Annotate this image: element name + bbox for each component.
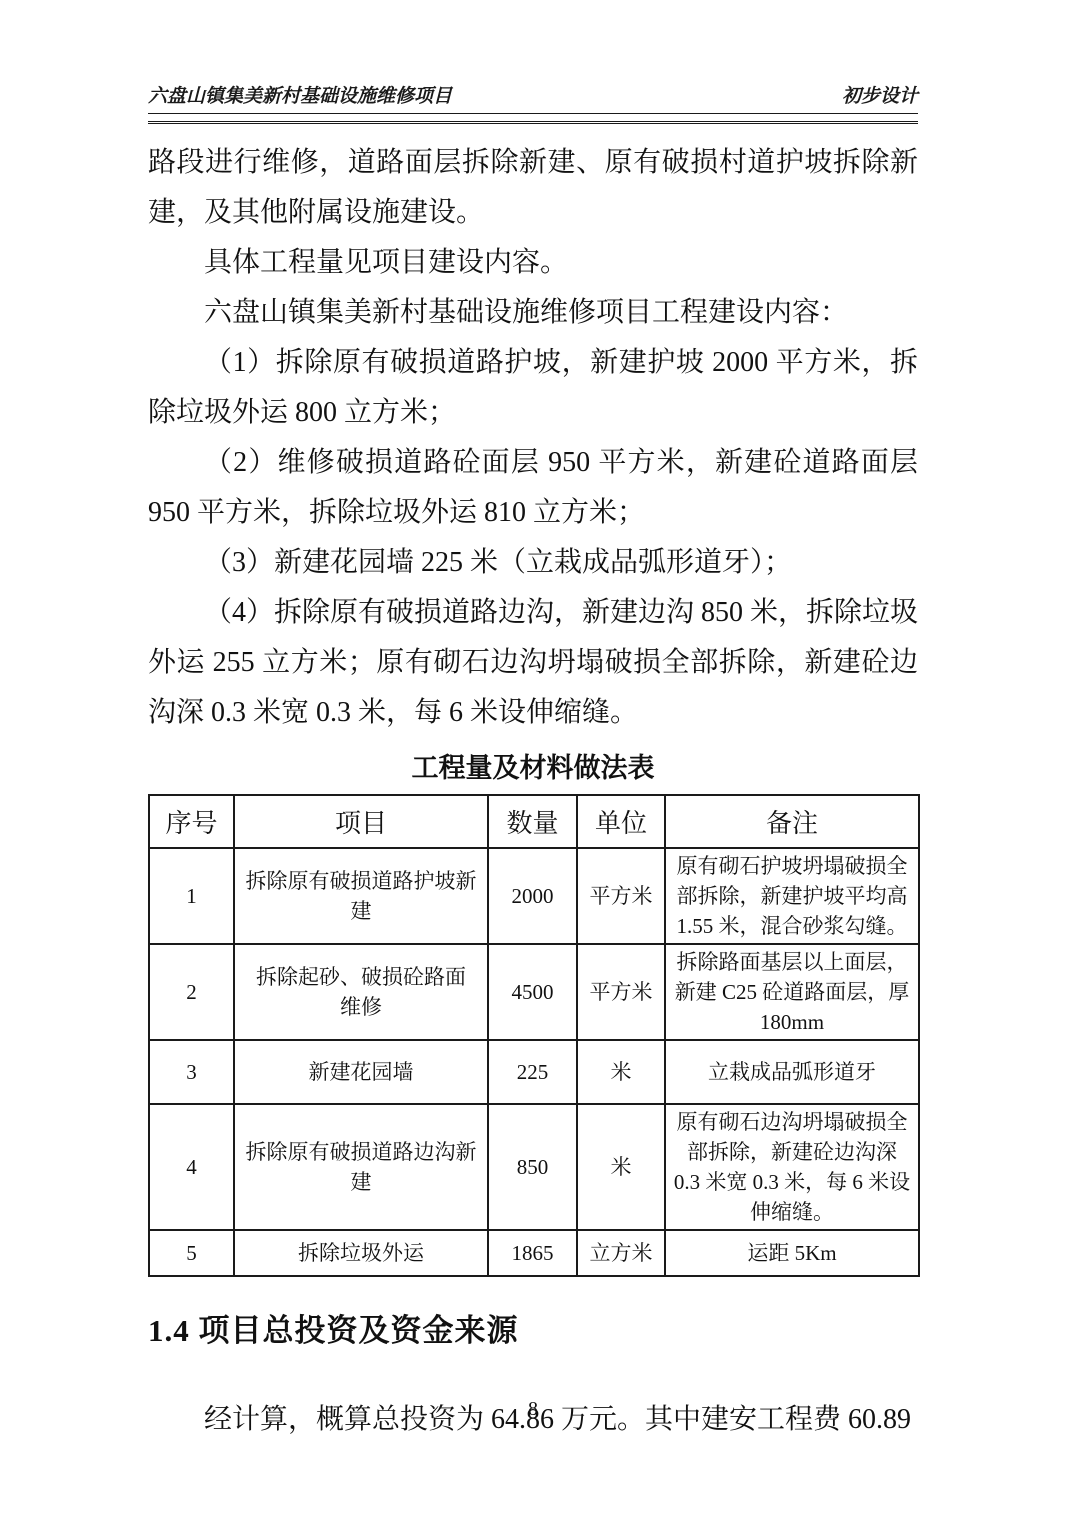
header-divider-rule <box>148 113 918 124</box>
table-row-2: 2 拆除起砂、破损砼路面 维修 4500 平方米 拆除路面基层以上面层，新建 C… <box>149 944 919 1040</box>
paragraph-continued: 路段进行维修，道路面层拆除新建、原有破损村道护坡拆除新建，及其他附属设施建设。 <box>148 138 918 238</box>
table-row-1: 1 拆除原有破损道路护坡新建 2000 平方米 原有砌石护坡坍塌破损全部拆除，新… <box>149 848 919 944</box>
cell-unit: 平方米 <box>577 848 665 944</box>
cell-qty: 2000 <box>488 848 577 944</box>
cell-seq: 3 <box>149 1040 234 1104</box>
table-row-4: 4 拆除原有破损道路边沟新建 850 米 原有砌石边沟坍塌破损全部拆除，新建砼边… <box>149 1104 919 1230</box>
paragraph-item-2: （2）维修破损道路砼面层 950 平方米，新建砼道路面层 950 平方米，拆除垃… <box>148 438 918 538</box>
body-text: 路段进行维修，道路面层拆除新建、原有破损村道护坡拆除新建，及其他附属设施建设。 … <box>148 138 918 738</box>
header-doc-type: 初步设计 <box>842 84 918 110</box>
cell-item: 拆除原有破损道路边沟新建 <box>234 1104 488 1230</box>
col-header-seq: 序号 <box>149 795 234 848</box>
cell-qty: 850 <box>488 1104 577 1230</box>
running-header: 六盘山镇集美新村基础设施维修项目 初步设计 <box>148 84 918 110</box>
page-footer: 8 <box>148 1398 918 1421</box>
section-heading-1-4: 1.4 项目总投资及资金来源 <box>148 1311 918 1351</box>
cell-note: 原有砌石护坡坍塌破损全部拆除，新建护坡平均高 1.55 米，混合砂浆勾缝。 <box>665 848 919 944</box>
paragraph-item-3: （3）新建花园墙 225 米（立栽成品弧形道牙）； <box>148 538 918 588</box>
cell-unit: 米 <box>577 1104 665 1230</box>
content-area: 六盘山镇集美新村基础设施维修项目 初步设计 路段进行维修，道路面层拆除新建、原有… <box>148 0 918 1445</box>
table-row-5: 5 拆除垃圾外运 1865 立方米 运距 5Km <box>149 1230 919 1276</box>
header-project-title: 六盘山镇集美新村基础设施维修项目 <box>148 84 452 110</box>
paragraph-intro: 具体工程量见项目建设内容。 <box>148 238 918 288</box>
works-quantity-table: 序号 项目 数量 单位 备注 1 拆除原有破损道路护坡新建 2000 平方米 原… <box>148 794 920 1277</box>
cell-note: 立栽成品弧形道牙 <box>665 1040 919 1104</box>
table-title: 工程量及材料做法表 <box>148 750 918 786</box>
cell-note: 原有砌石边沟坍塌破损全部拆除，新建砼边沟深 0.3 米宽 0.3 米，每 6 米… <box>665 1104 919 1230</box>
cell-note: 拆除路面基层以上面层，新建 C25 砼道路面层，厚 180mm <box>665 944 919 1040</box>
paragraph-content-lead: 六盘山镇集美新村基础设施维修项目工程建设内容： <box>148 288 918 338</box>
document-page: 六盘山镇集美新村基础设施维修项目 初步设计 路段进行维修，道路面层拆除新建、原有… <box>0 0 1074 1520</box>
cell-item: 拆除垃圾外运 <box>234 1230 488 1276</box>
col-header-unit: 单位 <box>577 795 665 848</box>
col-header-item: 项目 <box>234 795 488 848</box>
cell-item: 拆除起砂、破损砼路面 维修 <box>234 944 488 1040</box>
cell-unit: 米 <box>577 1040 665 1104</box>
paragraph-item-4: （4）拆除原有破损道路边沟，新建边沟 850 米，拆除垃圾外运 255 立方米；… <box>148 588 918 738</box>
cell-note: 运距 5Km <box>665 1230 919 1276</box>
cell-qty: 1865 <box>488 1230 577 1276</box>
cell-item: 拆除原有破损道路护坡新建 <box>234 848 488 944</box>
cell-seq: 4 <box>149 1104 234 1230</box>
cell-seq: 2 <box>149 944 234 1040</box>
col-header-qty: 数量 <box>488 795 577 848</box>
table-header-row: 序号 项目 数量 单位 备注 <box>149 795 919 848</box>
cell-qty: 4500 <box>488 944 577 1040</box>
cell-unit: 立方米 <box>577 1230 665 1276</box>
page-number: 8 <box>528 1398 538 1420</box>
table-row-3: 3 新建花园墙 225 米 立栽成品弧形道牙 <box>149 1040 919 1104</box>
cell-item: 新建花园墙 <box>234 1040 488 1104</box>
col-header-note: 备注 <box>665 795 919 848</box>
cell-unit: 平方米 <box>577 944 665 1040</box>
paragraph-item-1: （1）拆除原有破损道路护坡，新建护坡 2000 平方米，拆除垃圾外运 800 立… <box>148 338 918 438</box>
cell-seq: 5 <box>149 1230 234 1276</box>
cell-seq: 1 <box>149 848 234 944</box>
cell-qty: 225 <box>488 1040 577 1104</box>
